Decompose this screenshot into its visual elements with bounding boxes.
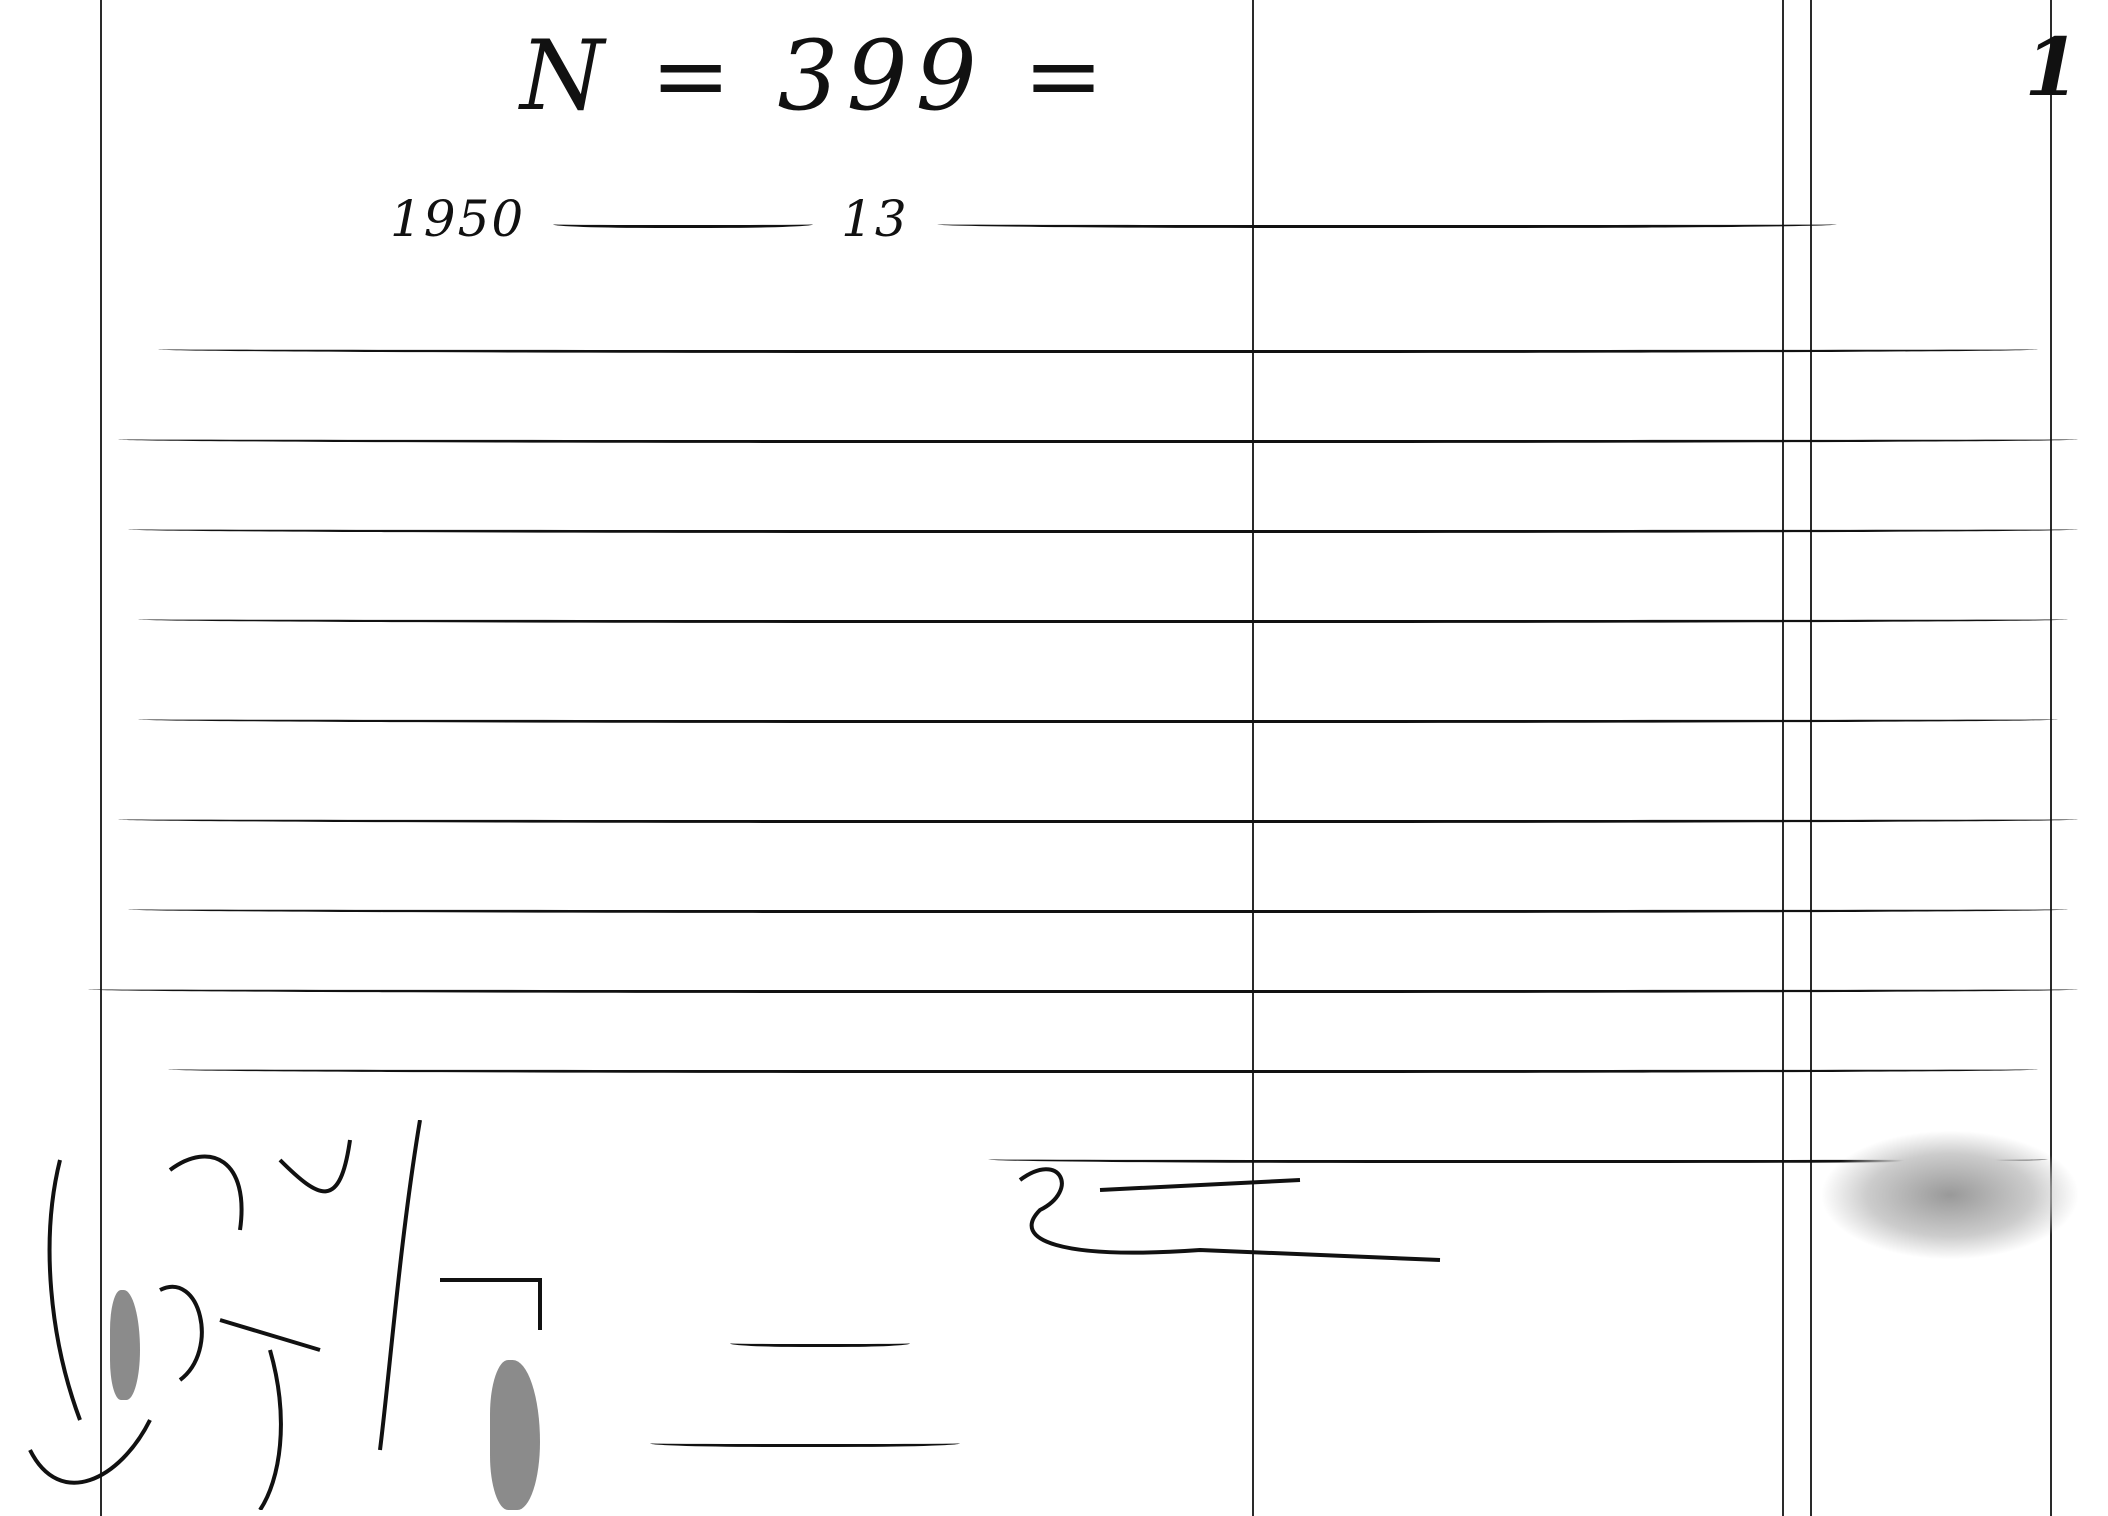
margin-rule [2050,0,2052,1516]
body-line [128,690,2068,741]
body-line [118,880,2078,931]
body-line [158,1040,2048,1091]
bottom-note [640,1420,970,1460]
paper-smudge [1820,1130,2080,1260]
document-number: N = 399 = [520,20,1112,132]
center-signature [1000,1150,1480,1270]
body-line [148,320,2048,371]
date-day: 13 [841,190,909,248]
body-line [128,590,2078,641]
body-line [78,960,2088,1011]
scanned-document: N = 399 = 1 1950 13 [0,0,2108,1516]
page-number: 1 [2024,20,2080,114]
date-line: 1950 13 [390,190,1847,248]
body-line [108,790,2088,841]
body-line [118,500,2088,551]
date-year: 1950 [390,190,525,248]
bottom-note [720,1320,920,1360]
body-line [108,410,2088,461]
handwriting [553,219,813,228]
handwriting [937,219,1837,228]
